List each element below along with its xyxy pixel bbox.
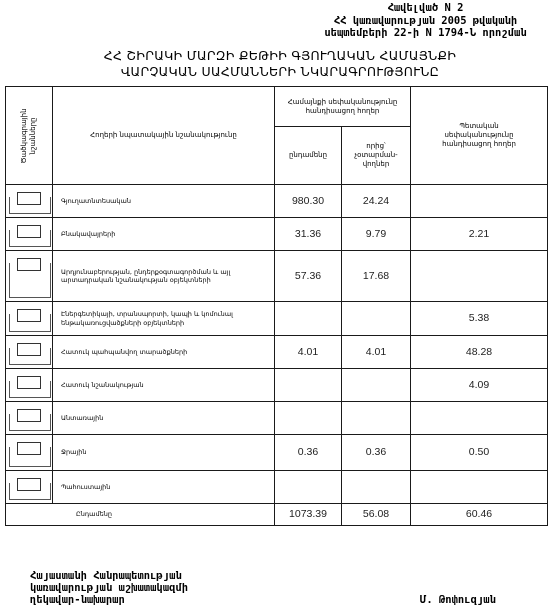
grand-total-community: 1073.39 xyxy=(275,504,342,526)
alienable-value: 0.36 xyxy=(342,435,411,471)
community-total-value xyxy=(275,402,342,435)
total-row: Ընդամենը1073.3956.0860.46 xyxy=(6,504,548,526)
land-category-name: Էներգետիկայի, տրանսպորտի, կապի և կոմունա… xyxy=(53,302,275,336)
table-row: Արդյունաբերության, ընդերքօգտագործման և ա… xyxy=(6,251,548,302)
header-code: Ծածկագրայիննշանները xyxy=(6,87,53,185)
land-category-name: Հատուկ պահպանվող տարածքների xyxy=(53,336,275,369)
alienable-value: 24.24 xyxy=(342,185,411,218)
code-box xyxy=(17,258,41,271)
community-total-value xyxy=(275,471,342,504)
land-description-table: Ծածկագրայիննշանները Հողերի նպատակային նշ… xyxy=(5,86,548,526)
land-code-cell xyxy=(6,471,53,504)
alienable-value: 9.79 xyxy=(342,218,411,251)
header-purpose: Հողերի նպատակային նշանակությունը xyxy=(53,87,275,185)
grand-total-alienable: 56.08 xyxy=(342,504,411,526)
table-row: Հատուկ պահպանվող տարածքների4.014.0148.28 xyxy=(6,336,548,369)
land-category-name: Անտառային xyxy=(53,402,275,435)
signatory-line-3: ղեկավար-նախարար xyxy=(30,594,188,606)
land-code-cell xyxy=(6,218,53,251)
alienable-value: 17.68 xyxy=(342,251,411,302)
appendix-number: Հավելված N 2 xyxy=(300,2,551,15)
alienable-value xyxy=(342,402,411,435)
land-code-cell xyxy=(6,336,53,369)
signatory-line-1: Հայաստանի Հանրապետության xyxy=(30,570,188,582)
alienable-value xyxy=(342,369,411,402)
land-code-cell xyxy=(6,185,53,218)
land-category-name: Պահուստային xyxy=(53,471,275,504)
grand-total-state: 60.46 xyxy=(411,504,548,526)
header-total: ընդամենը xyxy=(275,127,342,185)
community-total-value xyxy=(275,302,342,336)
state-owned-value xyxy=(411,402,548,435)
land-code-cell xyxy=(6,302,53,336)
code-box xyxy=(17,343,41,356)
state-owned-value xyxy=(411,185,548,218)
land-code-cell xyxy=(6,369,53,402)
table-row: Ջրային0.360.360.50 xyxy=(6,435,548,471)
table-row: Գյուղատնտեսական980.3024.24 xyxy=(6,185,548,218)
document-title: ՀՀ ՇԻՐԱԿԻ ՄԱՐԶԻ ՔԵԹԻԻ ԳՅՈՒՂԱԿԱՆ ՀԱՄԱՅՆՔԻ… xyxy=(60,48,500,80)
land-code-cell xyxy=(6,402,53,435)
state-owned-value: 0.50 xyxy=(411,435,548,471)
code-box xyxy=(17,442,41,455)
title-line-1: ՀՀ ՇԻՐԱԿԻ ՄԱՐԶԻ ՔԵԹԻԻ ԳՅՈՒՂԱԿԱՆ ՀԱՄԱՅՆՔԻ xyxy=(60,48,500,64)
code-box xyxy=(17,309,41,322)
community-total-value: 57.36 xyxy=(275,251,342,302)
title-line-2: ՎԱՐՉԱԿԱՆ ՍԱՀՄԱՆՆԵՐԻ ՆԿԱՐԱԳՐՈՒԹՅՈՒՆԸ xyxy=(60,64,500,80)
state-owned-value: 4.09 xyxy=(411,369,548,402)
community-total-value xyxy=(275,369,342,402)
state-owned-value xyxy=(411,251,548,302)
signatory-line-2: կառավարության աշխատակազմի xyxy=(30,582,188,594)
header-of-which-alienable: որից՝չօտարման-վողներ xyxy=(342,127,411,185)
code-box xyxy=(17,409,41,422)
code-box xyxy=(17,192,41,205)
land-category-name: Հատուկ նշանակության xyxy=(53,369,275,402)
land-code-cell xyxy=(6,251,53,302)
header-state-owned: Պետականսեփականությունըհանդիսացող հողեր xyxy=(411,87,548,185)
alienable-value xyxy=(342,302,411,336)
alienable-value xyxy=(342,471,411,504)
state-owned-value: 2.21 xyxy=(411,218,548,251)
land-code-cell xyxy=(6,435,53,471)
table-row: Բնակավայրերի31.369.792.21 xyxy=(6,218,548,251)
state-owned-value xyxy=(411,471,548,504)
signatory-name: Մ. Թոփուզյան xyxy=(420,594,496,606)
table-row: Հատուկ նշանակության4.09 xyxy=(6,369,548,402)
land-category-name: Ջրային xyxy=(53,435,275,471)
code-box xyxy=(17,225,41,238)
community-total-value: 980.30 xyxy=(275,185,342,218)
table-row: Անտառային xyxy=(6,402,548,435)
table-row: Էներգետիկայի, տրանսպորտի, կապի և կոմունա… xyxy=(6,302,548,336)
state-owned-value: 5.38 xyxy=(411,302,548,336)
alienable-value: 4.01 xyxy=(342,336,411,369)
code-box xyxy=(17,478,41,491)
header-code-label: Ծածկագրայիննշանները xyxy=(20,108,38,163)
signatory-title: Հայաստանի Հանրապետության կառավարության ա… xyxy=(30,570,188,606)
code-box xyxy=(17,376,41,389)
community-total-value: 31.36 xyxy=(275,218,342,251)
land-category-name: Գյուղատնտեսական xyxy=(53,185,275,218)
header-community-owned: Համայնքի սեփականությունըհանդիսացող հողեր xyxy=(275,87,411,127)
land-category-name: Արդյունաբերության, ընդերքօգտագործման և ա… xyxy=(53,251,275,302)
total-label: Ընդամենը xyxy=(6,504,275,526)
appendix-decree-line: ՀՀ կառավարության 2005 թվականի xyxy=(300,15,551,28)
table-row: Պահուստային xyxy=(6,471,548,504)
community-total-value: 4.01 xyxy=(275,336,342,369)
community-total-value: 0.36 xyxy=(275,435,342,471)
appendix-decree-date: սեպտեմբերի 22-ի N 1794-Ն որոշման xyxy=(300,27,551,40)
state-owned-value: 48.28 xyxy=(411,336,548,369)
appendix-heading: Հավելված N 2 ՀՀ կառավարության 2005 թվակա… xyxy=(300,2,551,40)
land-category-name: Բնակավայրերի xyxy=(53,218,275,251)
